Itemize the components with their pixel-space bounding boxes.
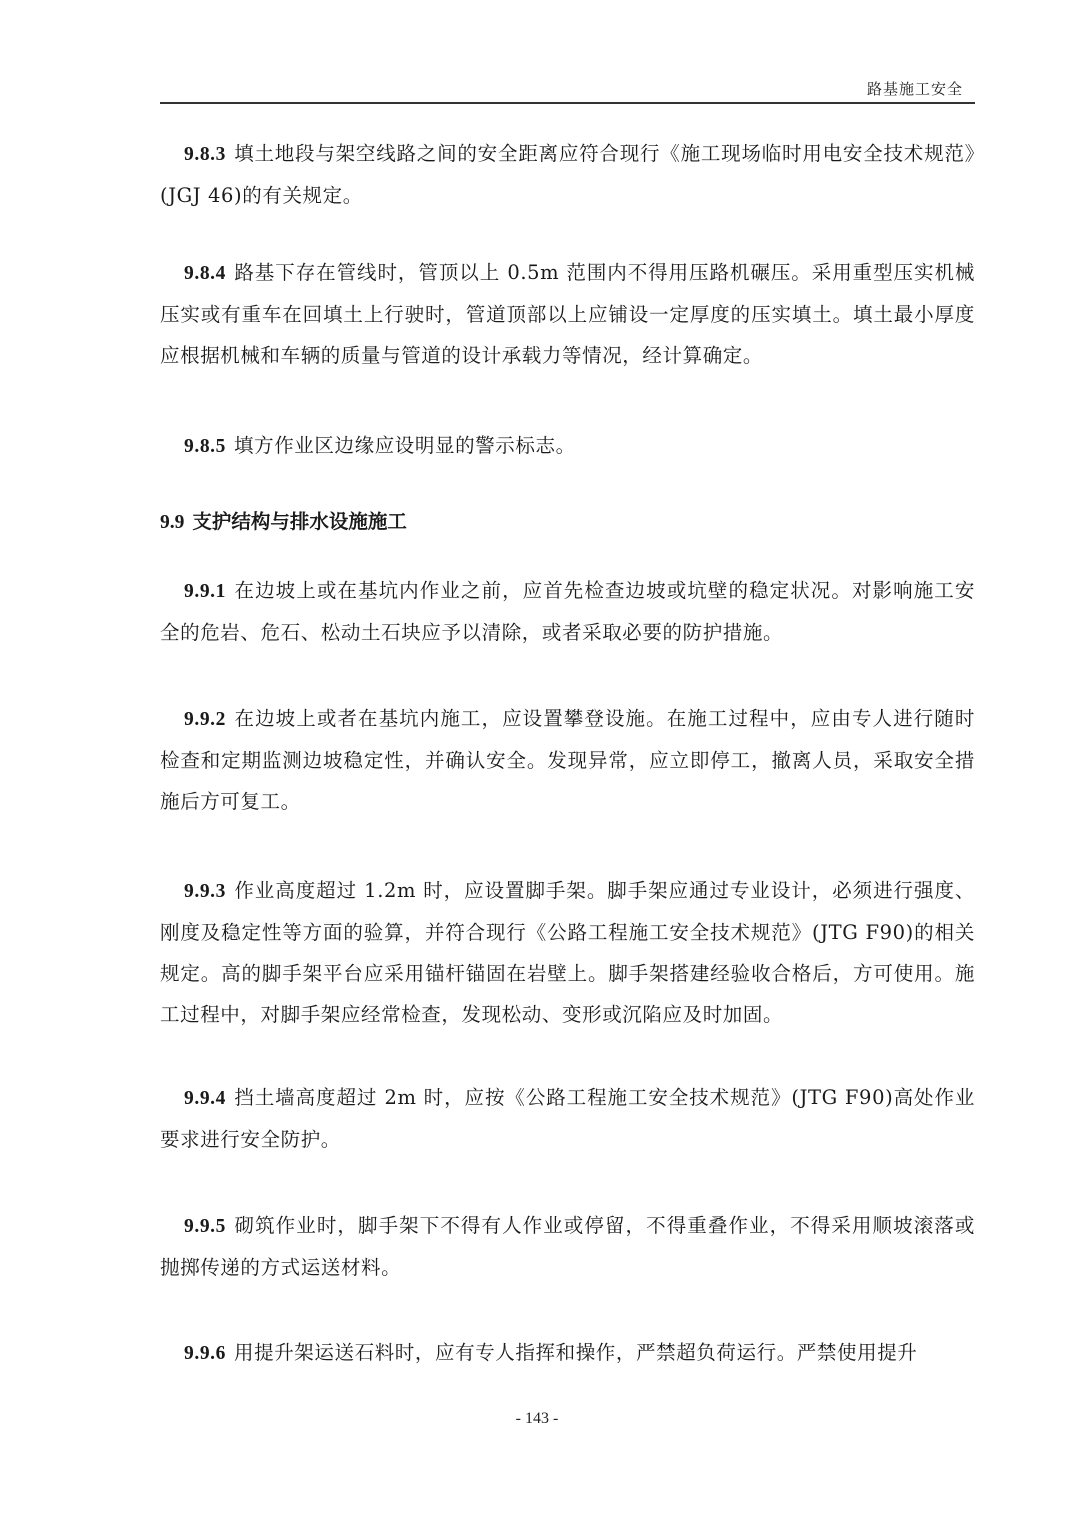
- clause-9-9-1: 9.9.1在边坡上或在基坑内作业之前，应首先检查边坡或坑壁的稳定状况。对影响施工…: [160, 570, 975, 653]
- clause-text: 用提升架运送石料时，应有专人指挥和操作，严禁超负荷运行。严禁使用提升: [234, 1341, 917, 1364]
- clause-text: 在边坡上或者在基坑内施工，应设置攀登设施。在施工过程中，应由专人进行随时检查和定…: [160, 707, 975, 813]
- clause-9-9-2: 9.9.2在边坡上或者在基坑内施工，应设置攀登设施。在施工过程中，应由专人进行随…: [160, 698, 975, 822]
- clause-number: 9.9.2: [184, 709, 226, 730]
- clause-number: 9.9.4: [184, 1088, 226, 1109]
- clause-9-9-3: 9.9.3作业高度超过 1.2m 时，应设置脚手架。脚手架应通过专业设计，必须进…: [160, 870, 975, 1035]
- clause-9-9-5: 9.9.5砌筑作业时，脚手架下不得有人作业或停留，不得重叠作业，不得采用顺坡滚落…: [160, 1205, 975, 1288]
- section-heading-9-9: 9.9支护结构与排水设施施工: [160, 501, 407, 543]
- clause-number: 9.9.6: [184, 1343, 226, 1364]
- clause-number: 9.8.5: [184, 436, 226, 457]
- clause-number: 9.8.3: [184, 144, 226, 165]
- clause-text: 填土地段与架空线路之间的安全距离应符合现行《施工现场临时用电安全技术规范》(JG…: [160, 142, 975, 207]
- running-header-title: 路基施工安全: [867, 78, 963, 99]
- clause-9-9-6: 9.9.6用提升架运送石料时，应有专人指挥和操作，严禁超负荷运行。严禁使用提升: [160, 1332, 917, 1374]
- clause-9-9-4: 9.9.4挡土墙高度超过 2m 时，应按《公路工程施工安全技术规范》(JTG F…: [160, 1077, 975, 1160]
- clause-number: 9.9.5: [184, 1216, 226, 1237]
- clause-text: 在边坡上或在基坑内作业之前，应首先检查边坡或坑壁的稳定状况。对影响施工安全的危岩…: [160, 579, 975, 644]
- clause-text: 填方作业区边缘应设明显的警示标志。: [234, 434, 576, 457]
- section-number: 9.9: [160, 512, 184, 533]
- clause-number: 9.9.3: [184, 881, 226, 902]
- clause-text: 砌筑作业时，脚手架下不得有人作业或停留，不得重叠作业，不得采用顺坡滚落或抛掷传递…: [160, 1214, 975, 1279]
- clause-text: 挡土墙高度超过 2m 时，应按《公路工程施工安全技术规范》(JTG F90)高处…: [160, 1086, 975, 1151]
- clause-text: 路基下存在管线时，管顶以上 0.5m 范围内不得用压路机碾压。采用重型压实机械压…: [160, 261, 975, 367]
- clause-9-8-3: 9.8.3填土地段与架空线路之间的安全距离应符合现行《施工现场临时用电安全技术规…: [160, 133, 975, 216]
- clause-number: 9.8.4: [184, 263, 226, 284]
- clause-text: 作业高度超过 1.2m 时，应设置脚手架。脚手架应通过专业设计，必须进行强度、刚…: [160, 879, 975, 1026]
- page-header: 路基施工安全: [160, 74, 975, 104]
- clause-9-8-4: 9.8.4路基下存在管线时，管顶以上 0.5m 范围内不得用压路机碾压。采用重型…: [160, 252, 975, 376]
- section-title-text: 支护结构与排水设施施工: [192, 510, 407, 533]
- clause-number: 9.9.1: [184, 581, 226, 602]
- clause-9-8-5: 9.8.5填方作业区边缘应设明显的警示标志。: [160, 425, 576, 467]
- page-number: - 143 -: [0, 1410, 1074, 1428]
